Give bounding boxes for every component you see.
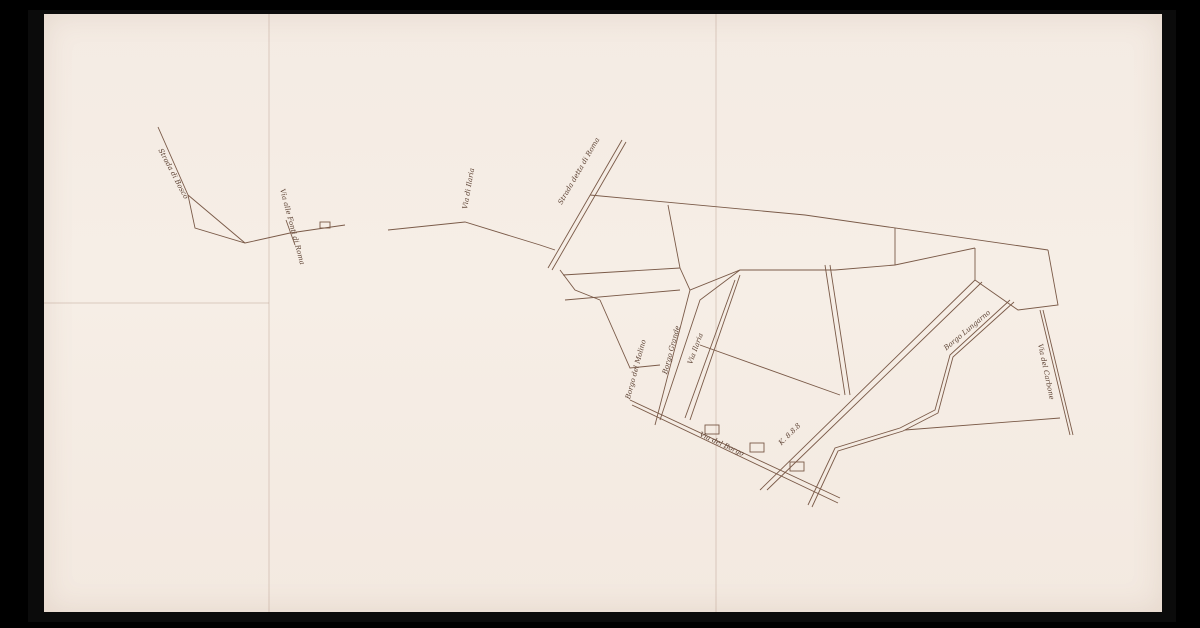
map-drawing [0, 0, 1200, 628]
